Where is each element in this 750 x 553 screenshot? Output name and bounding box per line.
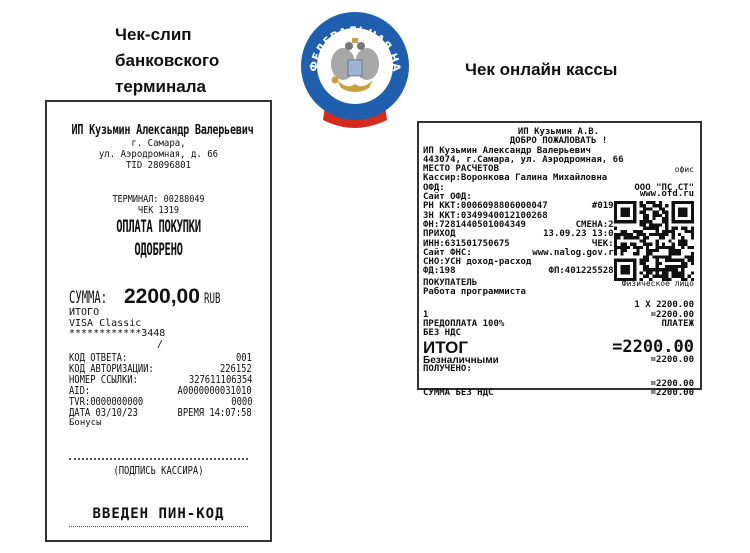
slip-tid: TID 28096801 [58, 160, 259, 171]
slip-details: КОД ОТВЕТА:001 КОД АВТОРИЗАЦИИ:226152 НО… [69, 352, 252, 429]
detail-value: ВРЕМЯ 14:07:58 [178, 407, 252, 418]
slip-address: ул. Аэродромная, д. 66 [58, 149, 259, 160]
total-row: ИТОГ =2200.00 [423, 339, 694, 356]
slip-operation: ОПЛАТА ПОКУПКИ [89, 216, 227, 239]
online-cash-receipt: ИП Кузьмин А.В. ДОБРО ПОЖАЛОВАТЬ ! ИП Ку… [417, 121, 702, 390]
fp: ФП:4012255281 [549, 267, 619, 276]
slip-sum-row: СУММА: 2200,00 RUB [69, 285, 229, 309]
caption-online-receipt: Чек онлайн кассы [465, 57, 725, 83]
slip-merchant: ИП Кузьмин Александр Валерьевич [72, 124, 246, 138]
total-label: ИТОГ [423, 339, 468, 356]
slip-status: ОДОБРЕНО [89, 239, 227, 262]
slip-total-label: ИТОГО [69, 308, 165, 319]
qr-code-icon [614, 201, 694, 281]
slip-card-info: ИТОГО VISA Classic ************3448 / [69, 308, 165, 350]
slip-currency: RUB [204, 291, 220, 307]
item-name: Работа программиста [423, 288, 694, 297]
slip-card-mark: / [69, 340, 165, 351]
no-vat-label: СУММА БЕЗ НДС [423, 389, 493, 398]
slip-operation-block: ТЕРМИНАЛ: 00288049 ЧЕК 1319 ОПЛАТА ПОКУП… [47, 194, 270, 262]
bank-terminal-slip: ИП Кузьмин Александр Валерьевич г. Самар… [45, 100, 272, 542]
receipt-fd-row: ФД:198 ФП:4012255281 [423, 267, 619, 276]
slip-header: ИП Кузьмин Александр Валерьевич г. Самар… [47, 124, 270, 171]
fns-site-value: www.nalog.gov.ru [532, 249, 619, 258]
caption-bank-slip: Чек-слип банковского терминала [115, 22, 295, 100]
signature-line [69, 458, 248, 460]
detail-label: ДАТА 03/10/23 [69, 407, 138, 418]
cashless-value: =2200.00 [651, 356, 694, 365]
fd: ФД:198 [423, 267, 456, 276]
prepay-row: ПРЕДОПЛАТА 100% ПЛАТЕЖ [423, 320, 694, 329]
slip-sum-value: 2200,00 [124, 285, 200, 309]
slip-card-number: ************3448 [69, 329, 165, 340]
slip-pin-entered: ВВЕДЕН ПИН-КОД [47, 506, 270, 522]
no-vat-row: СУММА БЕЗ НДС =2200.00 [423, 389, 694, 398]
fns-emblem-icon: ФЕДЕРАЛЬНАЯ НАЛОГОВАЯ СЛУЖБА [297, 8, 413, 130]
fns-logo: ФЕДЕРАЛЬНАЯ НАЛОГОВАЯ СЛУЖБА [297, 8, 413, 130]
slip-city: г. Самара, [58, 138, 259, 149]
caption-line: банковского [115, 48, 295, 74]
caption-line: Чек-слип [115, 22, 295, 48]
slip-check-number: ЧЕК 1319 [64, 205, 254, 216]
ofd-site-value: www.ofd.ru [640, 190, 694, 199]
slip-detail-row: ДАТА 03/10/23ВРЕМЯ 14:07:58 [69, 407, 252, 418]
item-type: ПЛАТЕЖ [661, 320, 694, 329]
slip-signature-label: (ПОДПИСЬ КАССИРА) [69, 464, 247, 477]
no-vat-value: =2200.00 [651, 389, 694, 398]
slip-bottom-dash [69, 526, 248, 527]
slip-bonus: Бонусы [69, 418, 252, 429]
place-value: офис [675, 165, 694, 174]
slip-terminal: ТЕРМИНАЛ: 00288049 [64, 194, 254, 205]
caption-line: терминала [115, 74, 295, 100]
received-label: ПОЛУЧЕНО: [423, 365, 694, 374]
total-value: =2200.00 [612, 339, 694, 356]
slip-sum-label: СУММА: [69, 288, 103, 308]
